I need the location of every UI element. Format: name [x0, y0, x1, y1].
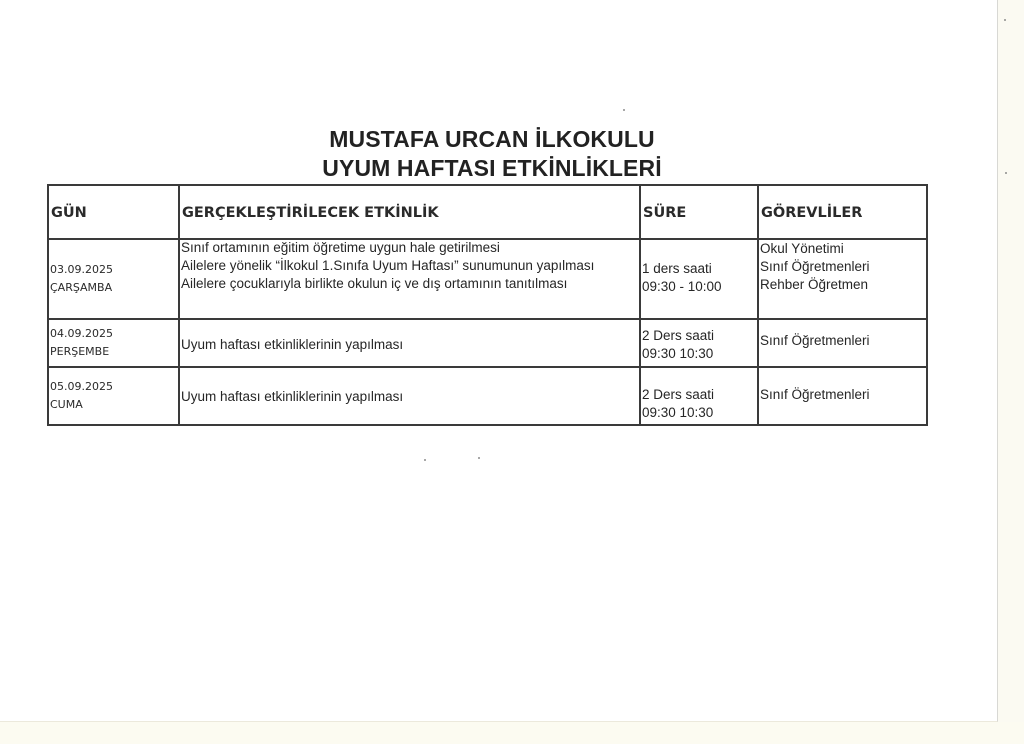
scan-speck: [424, 459, 426, 461]
table-row-duration: 2 Ders saati 09:30 10:30: [639, 379, 757, 429]
header-duration: SÜRE: [639, 184, 757, 239]
table-row-duration: 1 ders saati 09:30 - 10:00: [639, 260, 757, 300]
table-row-activities: Sınıf ortamının eğitim öğretime uygun ha…: [178, 236, 639, 296]
activity-item: Sınıf ortamının eğitim öğretime uygun ha…: [181, 239, 639, 257]
row-date: 03.09.2025: [50, 261, 178, 279]
table-row-day: 03.09.2025 ÇARŞAMBA: [47, 239, 178, 318]
staff-item: Rehber Öğretmen: [760, 276, 926, 294]
activity-item: Uyum haftası etkinliklerinin yapılması: [181, 336, 639, 354]
time-range: 09:30 10:30: [642, 345, 757, 363]
row-weekday: CUMA: [50, 396, 178, 414]
schedule-table: GÜN GERÇEKLEŞTİRİLECEK ETKİNLİK SÜRE GÖR…: [47, 184, 927, 425]
table-row-staff: Sınıf Öğretmenleri: [757, 317, 926, 364]
time-range: 09:30 - 10:00: [642, 278, 757, 296]
header-staff: GÖREVLİLER: [757, 184, 926, 239]
row-date: 04.09.2025: [50, 325, 178, 343]
table-row-activities: Uyum haftası etkinliklerinin yapılması: [178, 321, 639, 368]
staff-item: Sınıf Öğretmenleri: [760, 386, 926, 404]
document-title: UYUM HAFTASI ETKİNLİKLERİ: [0, 154, 984, 182]
table-row-staff: Okul Yönetimi Sınıf Öğretmenleri Rehber …: [757, 240, 926, 300]
row-weekday: ÇARŞAMBA: [50, 279, 178, 297]
duration-text: 1 ders saati: [642, 260, 757, 278]
staff-item: Sınıf Öğretmenleri: [760, 258, 926, 276]
row-weekday: PERŞEMBE: [50, 343, 178, 361]
table-row-staff: Sınıf Öğretmenleri: [757, 367, 926, 422]
scan-speck: [478, 457, 480, 459]
table-row-duration: 2 Ders saati 09:30 10:30: [639, 321, 757, 368]
duration-text: 2 Ders saati: [642, 327, 757, 345]
header-day: GÜN: [47, 184, 178, 239]
staff-item: Okul Yönetimi: [760, 240, 926, 258]
school-name-title: MUSTAFA URCAN İLKOKULU: [0, 125, 984, 153]
table-border-right: [926, 184, 928, 426]
activity-item: Ailelere yönelik “İlkokul 1.Sınıfa Uyum …: [181, 257, 639, 275]
duration-text: 2 Ders saati: [642, 386, 757, 404]
scanner-edge-right: [998, 0, 1024, 744]
scan-speck: [1004, 19, 1006, 21]
staff-item: Sınıf Öğretmenleri: [760, 332, 926, 350]
scan-speck: [623, 109, 625, 111]
table-row-day: 05.09.2025 CUMA: [47, 367, 178, 424]
scan-speck: [1005, 172, 1007, 174]
time-range: 09:30 10:30: [642, 404, 757, 422]
row-date: 05.09.2025: [50, 378, 178, 396]
header-activity: GERÇEKLEŞTİRİLECEK ETKİNLİK: [178, 184, 639, 239]
table-row-day: 04.09.2025 PERŞEMBE: [47, 319, 178, 366]
scanner-edge-bottom: [0, 722, 1024, 744]
table-row-activities: Uyum haftası etkinliklerinin yapılması: [178, 369, 639, 424]
activity-item: Ailelere çocuklarıyla birlikte okulun iç…: [181, 275, 639, 293]
activity-item: Uyum haftası etkinliklerinin yapılması: [181, 388, 639, 406]
